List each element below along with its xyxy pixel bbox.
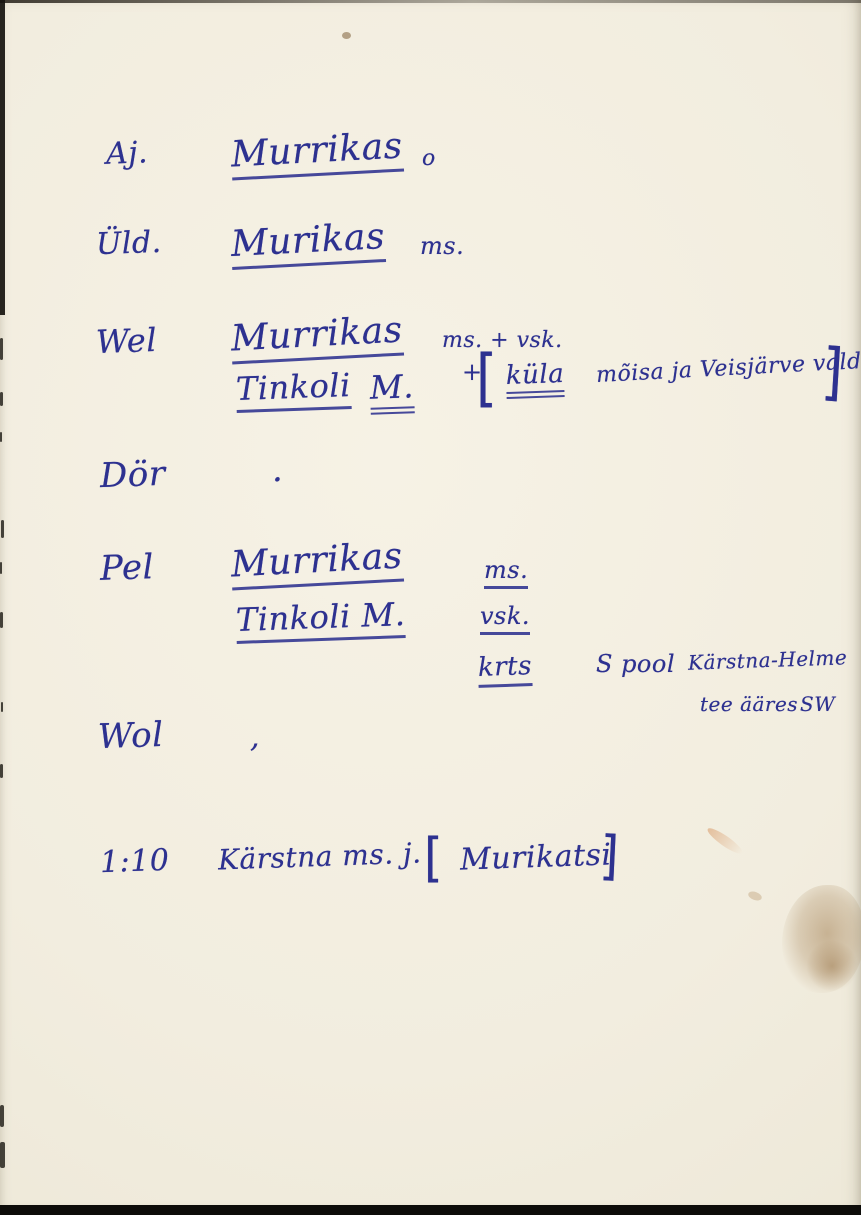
- place-name-secondary: Tinkoli: [235, 366, 351, 413]
- bracket-open: [: [476, 341, 498, 413]
- annotation: Kärstna-Helme: [688, 645, 848, 675]
- source-label-uld: Üld.: [95, 225, 162, 262]
- scanned-note-page: Aj. Murrikas o Üld. Murikas ms. Wel Murr…: [0, 0, 861, 1215]
- annotation: S pool: [596, 650, 675, 678]
- place-name-initial: M.: [369, 367, 415, 415]
- paper-stain: [342, 32, 351, 39]
- scan-edge-mark: [0, 764, 3, 778]
- scan-edge-mark: [0, 562, 2, 574]
- source-label-dor: Dör: [99, 454, 166, 496]
- map-scale-label: 1:10: [99, 843, 170, 880]
- place-name: Murrikas: [230, 126, 404, 181]
- source-label-wol: Wol: [97, 715, 164, 757]
- scan-edge-top: [0, 0, 861, 3]
- ditto-mark: .: [272, 450, 283, 490]
- place-name-secondary: Tinkoli M.: [235, 595, 406, 644]
- paper-stain: [747, 890, 763, 902]
- annotation: o: [422, 146, 436, 171]
- scan-edge-mark: [0, 432, 2, 442]
- ditto-mark: ,: [250, 720, 260, 755]
- source-label-aj: Aj.: [105, 135, 148, 171]
- bracket-open: [: [424, 827, 443, 889]
- scan-edge-bottom: [0, 1205, 861, 1215]
- place-name: Murikas: [230, 216, 386, 270]
- annotation: vsk.: [480, 602, 530, 635]
- scan-edge-mark: [0, 392, 3, 406]
- annotation: tee ääres: [700, 692, 798, 716]
- paper-stain: [705, 825, 745, 857]
- scan-edge-mark: [0, 338, 3, 360]
- annotation: ms. + vsk.: [442, 328, 563, 353]
- scan-edge-mark: [0, 1142, 5, 1168]
- annotation: SW: [800, 692, 835, 716]
- annotation: ms.: [484, 556, 528, 589]
- place-name-variant: Murikatsi: [459, 837, 612, 877]
- place-name: Murrikas: [230, 310, 404, 365]
- scan-edge-mark: [0, 612, 3, 628]
- scan-edge-mark: [0, 1105, 4, 1127]
- annotation-kyla: küla: [505, 359, 565, 399]
- annotation: ms.: [420, 232, 464, 260]
- source-label-wel: Wel: [95, 321, 157, 361]
- scan-edge-mark: [1, 520, 4, 538]
- annotation: Kärstna ms. j.: [217, 836, 422, 876]
- annotation-krts: krts: [477, 651, 532, 688]
- source-label-pel: Pel: [99, 547, 154, 589]
- bracket-close: ]: [820, 334, 846, 408]
- place-name: Murrikas: [230, 536, 404, 591]
- bracket-close: ]: [599, 825, 621, 888]
- scan-edge-mark: [1, 702, 3, 712]
- scan-edge-left: [0, 0, 5, 315]
